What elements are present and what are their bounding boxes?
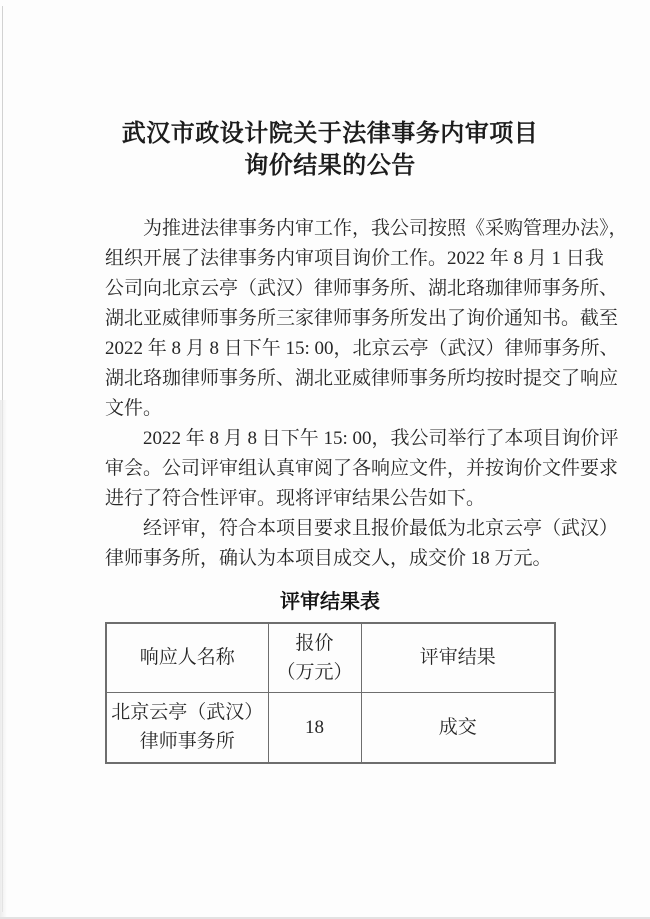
paragraph-2: 2022 年 8 月 8 日下午 15: 00，我公司举行了本项目询价评 审会。…	[105, 424, 555, 514]
document-content: 武汉市政设计院关于法律事务内审项目 询价结果的公告 为推进法律事务内审工作，我公…	[105, 0, 555, 764]
document-title: 武汉市政设计院关于法律事务内审项目 询价结果的公告	[105, 0, 555, 182]
table-title: 评审结果表	[105, 590, 555, 614]
cell-respondent-name: 北京云亭（武汉） 律师事务所	[106, 692, 268, 763]
results-table: 响应人名称 报价 （万元） 评审结果 北京云亭（武汉） 律师事务所 18 成交	[105, 622, 556, 764]
cell-price: 18	[268, 692, 361, 763]
paragraph-line: 为推进法律事务内审工作，我公司按照《采购管理办法》，	[105, 214, 555, 244]
document-body: 为推进法律事务内审工作，我公司按照《采购管理办法》， 组织开展了法律事务内审项目…	[105, 214, 555, 574]
paragraph-line: 公司向北京云亭（武汉）律师事务所、湖北珞珈律师事务所、	[105, 274, 555, 304]
scan-artifact-left-band	[0, 400, 7, 919]
document-title-line-1: 武汉市政设计院关于法律事务内审项目	[105, 118, 555, 150]
paragraph-line: 组织开展了法律事务内审项目询价工作。2022 年 8 月 1 日我	[105, 244, 555, 274]
paragraph-line: 律师事务所，确认为本项目成交人，成交价 18 万元。	[105, 544, 555, 574]
header-cell-price: 报价 （万元）	[268, 623, 361, 692]
paragraph-line: 湖北亚威律师事务所三家律师事务所发出了询价通知书。截至	[105, 304, 555, 334]
scanned-document-page: 武汉市政设计院关于法律事务内审项目 询价结果的公告 为推进法律事务内审工作，我公…	[0, 0, 650, 919]
table-header-row: 响应人名称 报价 （万元） 评审结果	[106, 623, 555, 692]
paragraph-line: 2022 年 8 月 8 日下午 15: 00，北京云亭（武汉）律师事务所、	[105, 334, 555, 364]
paragraph-line: 审会。公司评审组认真审阅了各响应文件，并按询价文件要求	[105, 454, 555, 484]
paragraph-3: 经评审，符合本项目要求且报价最低为北京云亭（武汉） 律师事务所，确认为本项目成交…	[105, 514, 555, 574]
header-cell-review-result: 评审结果	[361, 623, 555, 692]
paragraph-line: 进行了符合性评审。现将评审结果公告如下。	[105, 484, 555, 514]
paragraph-1: 为推进法律事务内审工作，我公司按照《采购管理办法》， 组织开展了法律事务内审项目…	[105, 214, 555, 424]
document-title-line-2: 询价结果的公告	[105, 150, 555, 182]
paragraph-line: 湖北珞珈律师事务所、湖北亚威律师事务所均按时提交了响应	[105, 364, 555, 394]
paragraph-line: 经评审，符合本项目要求且报价最低为北京云亭（武汉）	[105, 514, 555, 544]
paragraph-line: 文件。	[105, 394, 555, 424]
table-row: 北京云亭（武汉） 律师事务所 18 成交	[106, 692, 555, 763]
paragraph-line: 2022 年 8 月 8 日下午 15: 00，我公司举行了本项目询价评	[105, 424, 555, 454]
cell-review-result: 成交	[361, 692, 555, 763]
header-cell-respondent-name: 响应人名称	[106, 623, 268, 692]
